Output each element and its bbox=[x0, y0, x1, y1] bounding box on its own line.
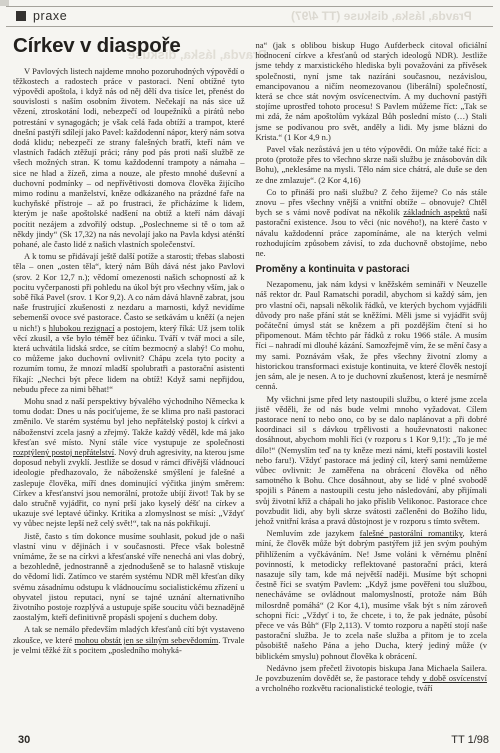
paragraph: A k tomu se přidávají ještě další potíže… bbox=[13, 251, 245, 394]
text-run: Jistě, často s tím dokonce musíme souhla… bbox=[13, 531, 245, 623]
paragraph: Jistě, často s tím dokonce musíme souhla… bbox=[13, 531, 245, 623]
text-run: Nemluvím zde jazykem bbox=[267, 528, 360, 538]
section-subheading: Proměny a kontinuita v pastoraci bbox=[256, 264, 488, 275]
page-number: 30 bbox=[16, 734, 30, 746]
section-header: praxe bbox=[16, 9, 67, 23]
paragraph: My všichni jsme před lety nastoupili slu… bbox=[256, 394, 488, 527]
underlined-phrase: mohou obstát jen se silným sebevědomím bbox=[75, 635, 219, 645]
section-label: praxe bbox=[33, 9, 67, 23]
underlined-phrase: rozptýlený postoj nepřátelství bbox=[13, 447, 114, 457]
article-title: Církev v diaspoře bbox=[13, 35, 245, 57]
text-run: , která míní, že člověk může být dobrým … bbox=[256, 528, 488, 660]
underlined-phrase: falešné pastorální romantiky bbox=[360, 528, 463, 538]
article-body: Církev v diaspoře V Pavlových listech na… bbox=[13, 27, 487, 743]
paragraph: Nezapomenu, jak nám kdysi v kněžském sem… bbox=[256, 279, 488, 391]
paragraph: Nedávno jsem přečetl životopis biskupa J… bbox=[256, 663, 488, 694]
paragraph: Mohu snad z naší perspektivy bývalého vý… bbox=[13, 396, 245, 529]
section-marker-icon bbox=[16, 11, 26, 21]
paragraph: A tak se nemálo především mladých křesťa… bbox=[13, 624, 245, 655]
magazine-page: praxe Pravda, láska, diskuse (TT 4/97) P… bbox=[0, 0, 500, 753]
top-rule bbox=[6, 6, 493, 7]
text-run: A k tomu se přidávají ještě další potíže… bbox=[13, 251, 245, 332]
issue-label: TT 1/98 bbox=[447, 734, 489, 746]
paragraph: Nemluvím zde jazykem falešné pastorální … bbox=[256, 528, 488, 661]
text-run: a vrcholného rozkvětu racionalistické te… bbox=[256, 683, 433, 693]
paragraph: Pavel však nezůstává jen u této výpovědi… bbox=[256, 144, 488, 185]
text-run: Pavel však nezůstává jen u této výpovědi… bbox=[256, 144, 488, 185]
column-left: Církev v diaspoře V Pavlových listech na… bbox=[13, 27, 245, 743]
column-right: na“ (jak s oblibou biskup Hugo Aufderbec… bbox=[256, 27, 488, 743]
text-run: Mohu snad z naší perspektivy bývalého vý… bbox=[13, 396, 245, 447]
text-run: My všichni jsme před lety nastoupili slu… bbox=[256, 394, 488, 526]
paragraph: na“ (jak s oblibou biskup Hugo Aufderbec… bbox=[256, 40, 488, 142]
underlined-phrase: základních aspektů bbox=[403, 207, 469, 217]
paragraph: Co to přináší pro naši službu? Z čeho ži… bbox=[256, 187, 488, 258]
text-run: Nezapomenu, jak nám kdysi v kněžském sem… bbox=[256, 279, 488, 391]
text-run: . Nový druh agresivity, na kterou jsme d… bbox=[13, 447, 245, 528]
showthrough-text: Pravda, láska, diskuse (TT 4/97) bbox=[291, 9, 472, 23]
text-run: V Pavlových listech najdeme mnoho pozoru… bbox=[13, 66, 245, 249]
paragraph: V Pavlových listech najdeme mnoho pozoru… bbox=[13, 66, 245, 250]
text-run: a postojem, který říká: Už jsem tolik vě… bbox=[13, 323, 245, 394]
underlined-phrase: v době osvícenství bbox=[422, 673, 487, 683]
text-run: na“ (jak s oblibou biskup Hugo Aufderbec… bbox=[256, 40, 488, 142]
underlined-phrase: hlubokou rezignací bbox=[49, 323, 115, 333]
